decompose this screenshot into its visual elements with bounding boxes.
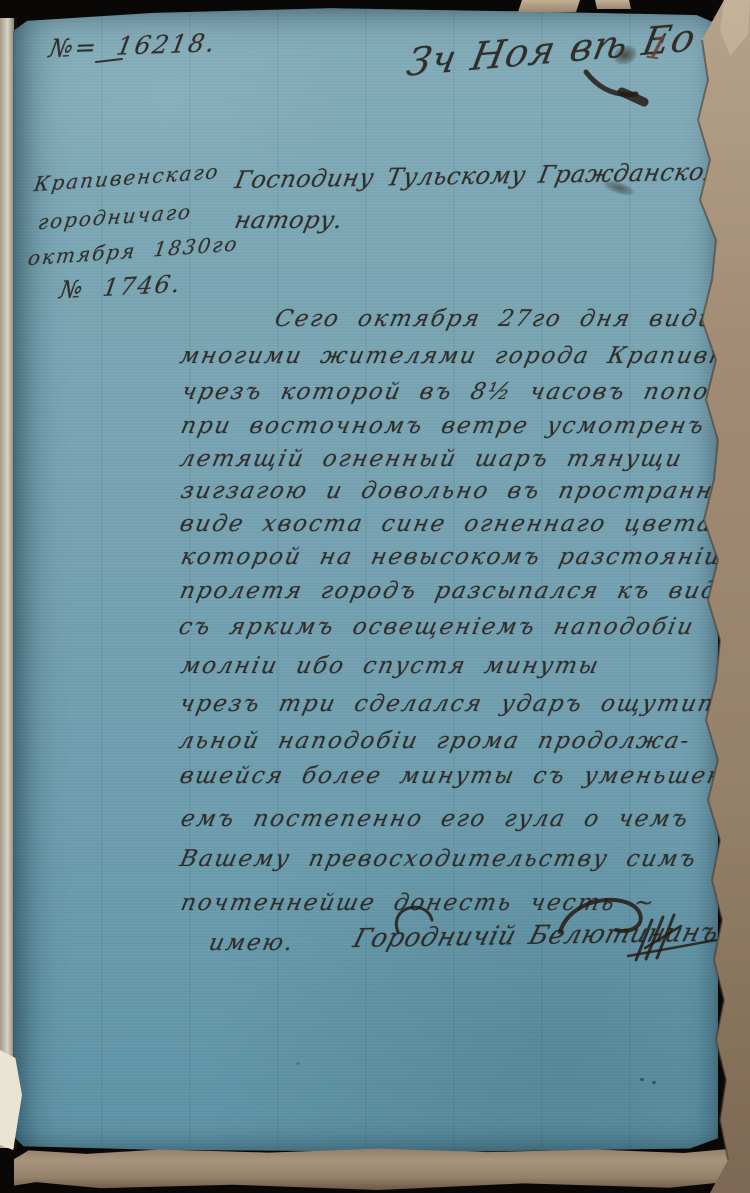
body-line: виде хвоста сине огненнаго цвета (177, 511, 716, 537)
paper-speck (652, 1081, 656, 1084)
closing-word: имею. (206, 930, 297, 956)
sender-line: Крапивенскаго (33, 159, 222, 196)
body-line: вшейся более минуты съ уменьшені- (177, 763, 746, 789)
paper-speck (296, 1062, 300, 1065)
paper-speck (640, 1078, 644, 1081)
body-line: съ яркимъ освещеніемъ наподобіи (176, 614, 697, 640)
recipient-line: натору. (232, 206, 346, 234)
body-line: Вашему превосходительству симъ (177, 846, 699, 872)
body-line: при восточномъ ветре усмотренъ некій (178, 413, 750, 439)
body-line: чрезъ которой въ 8½ часовъ пополудни (179, 379, 750, 405)
body-line: молніи ибо спустя минуты (178, 653, 602, 679)
sender-line: № 1746. (58, 270, 184, 305)
sender-line: октября 1830го (27, 231, 241, 270)
archive-number: №= 16218. (47, 28, 219, 63)
body-line: летящій огненный шаръ тянущи (177, 446, 685, 472)
body-line: многими жителями города Крапивны (177, 343, 749, 369)
body-line: Сего октября 27го дня видимо было ~ (272, 306, 750, 332)
body-line: почтеннейше донесть честь ~ (178, 890, 658, 916)
torn-right-edge (690, 0, 750, 1193)
sender-line: городничаго (37, 199, 194, 234)
body-line: чрезъ три сделался ударъ ощутите- (177, 691, 750, 717)
signature-text: Городничій Белютининъ (350, 918, 722, 955)
scanned-manuscript-page: №= 16218. Зч Ноя вѣ Ео 1 Крапивенскаго г… (0, 0, 750, 1193)
body-line: зигзагою и довольно въ пространномъ (178, 478, 750, 504)
body-line: которой на невысокомъ разстояніи (178, 544, 724, 570)
recipient-line: Господину Тульскому Гражданскому Губер- (233, 155, 750, 194)
body-line: льной наподобіи грома продолжа- (176, 728, 693, 754)
body-line: емъ постепенно его гула о чемъ (178, 806, 691, 832)
body-line: пролетя городъ разсыпался къ виду (177, 578, 735, 604)
ink-layer: №= 16218. Зч Ноя вѣ Ео 1 Крапивенскаго г… (0, 0, 750, 1193)
